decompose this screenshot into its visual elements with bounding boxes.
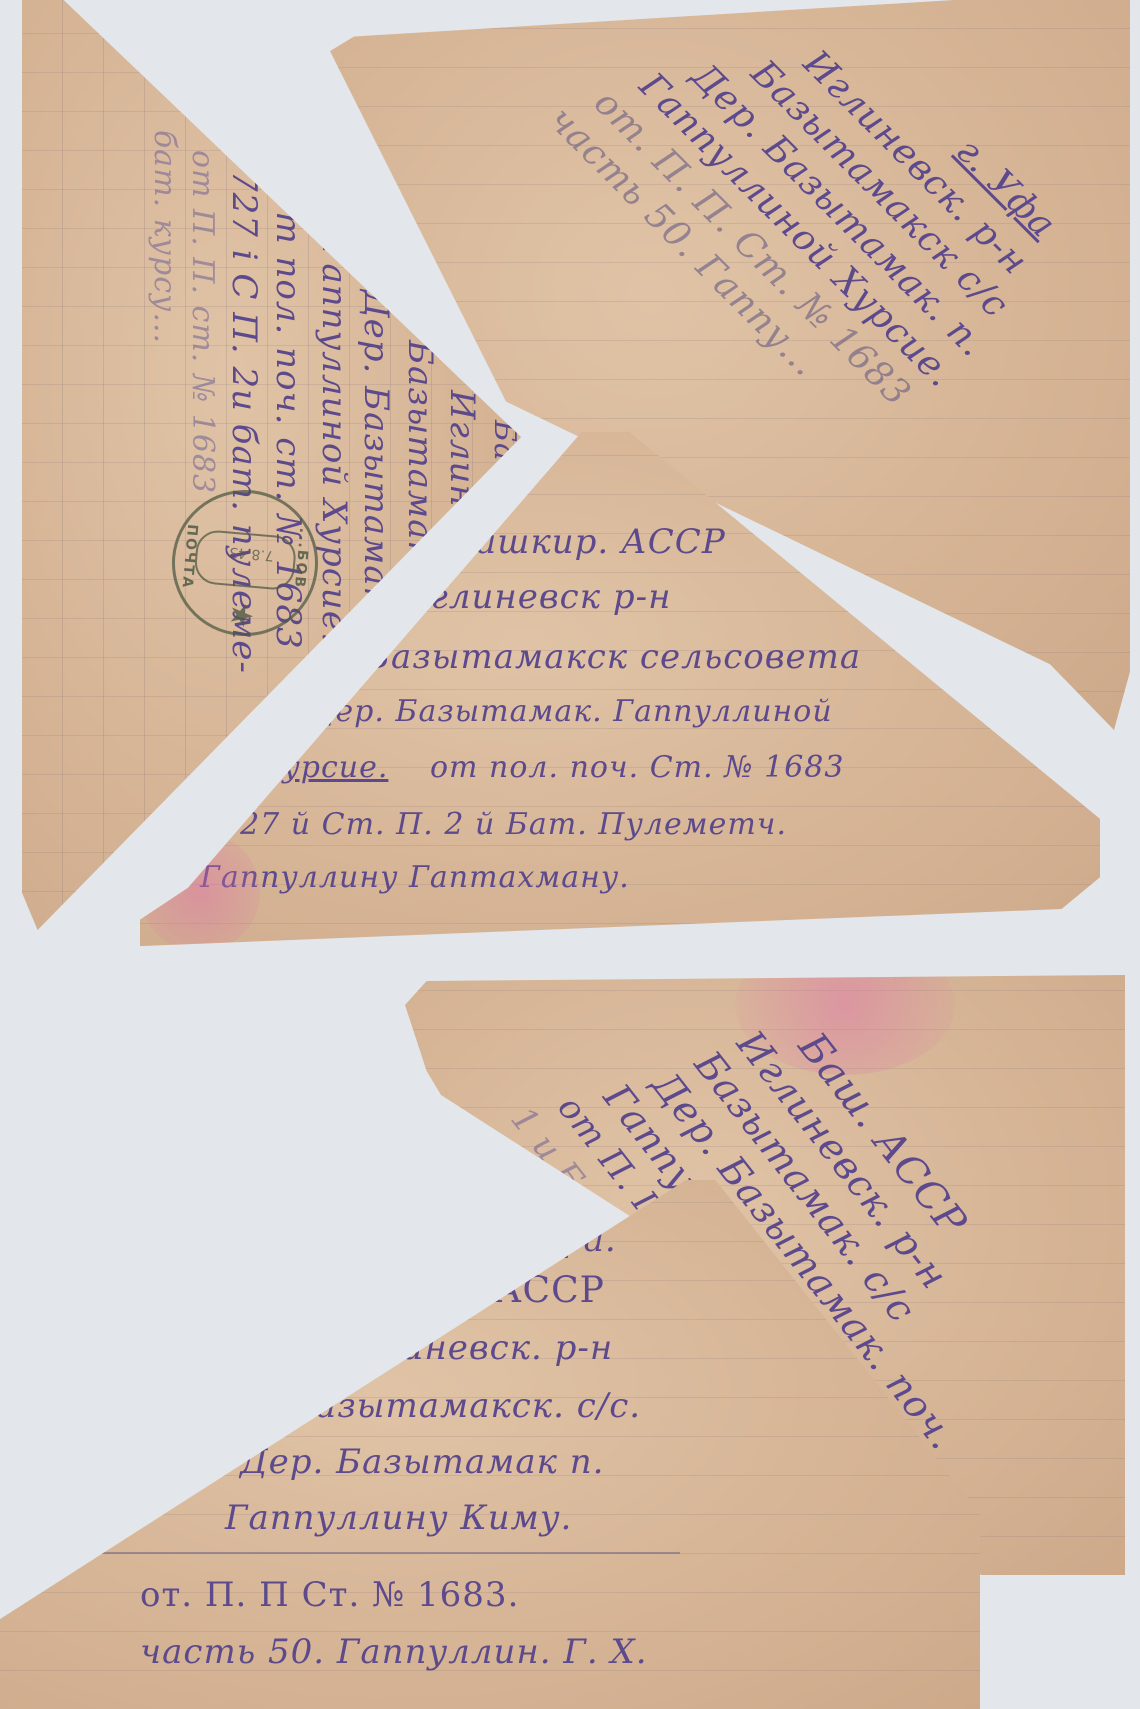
- address-line: Дер. Базытамак п.: [240, 1442, 604, 1482]
- address-line: Гаппуллину Гаптахману.: [200, 860, 630, 895]
- address-block: г. Уфа Иглиневск. р-н Базытамакск с/с Де…: [680, 0, 1140, 470]
- address-line: Базытамакск сельсовета: [365, 637, 861, 677]
- faint-line: от П. П. ст. № 1683: [185, 150, 220, 494]
- address-line: Дер. Базытамак. Гаппуллиной: [310, 694, 833, 729]
- address-line: от. П. П Ст. № 1683.: [140, 1575, 519, 1615]
- address-line: Дер. Базытамак.: [356, 290, 396, 620]
- address-line: от пол. поч. Ст. № 1683: [430, 750, 844, 785]
- ink-stain: [140, 832, 260, 952]
- address-line: Иглиневск р-н: [400, 577, 672, 617]
- address-line: Гаппуллиной Хурсие.: [314, 240, 354, 644]
- address-line: дор. Уфа.: [440, 1220, 617, 1260]
- address-line: 727 й Ст. П. 2 й Бат. Пулеметч.: [220, 807, 787, 842]
- faint-line: бат. курсу...: [147, 130, 182, 344]
- address-line: Баш. АССР: [385, 1270, 605, 1311]
- star-icon: ★: [222, 600, 259, 630]
- divider-line: [60, 1552, 680, 1554]
- postmark-bottom-text: ПОЧТА: [179, 524, 201, 590]
- address-line: Башкир. АССР: [450, 522, 726, 562]
- address-line: Базытамакск. с/с.: [290, 1386, 641, 1426]
- address-line: Иглиневск. р-н: [330, 1328, 613, 1368]
- address-line: Гаппуллину Киму.: [225, 1498, 572, 1538]
- address-line: часть 50. Гаппуллин. Г. Х.: [140, 1632, 648, 1672]
- address-line: Хурсие.: [260, 750, 388, 785]
